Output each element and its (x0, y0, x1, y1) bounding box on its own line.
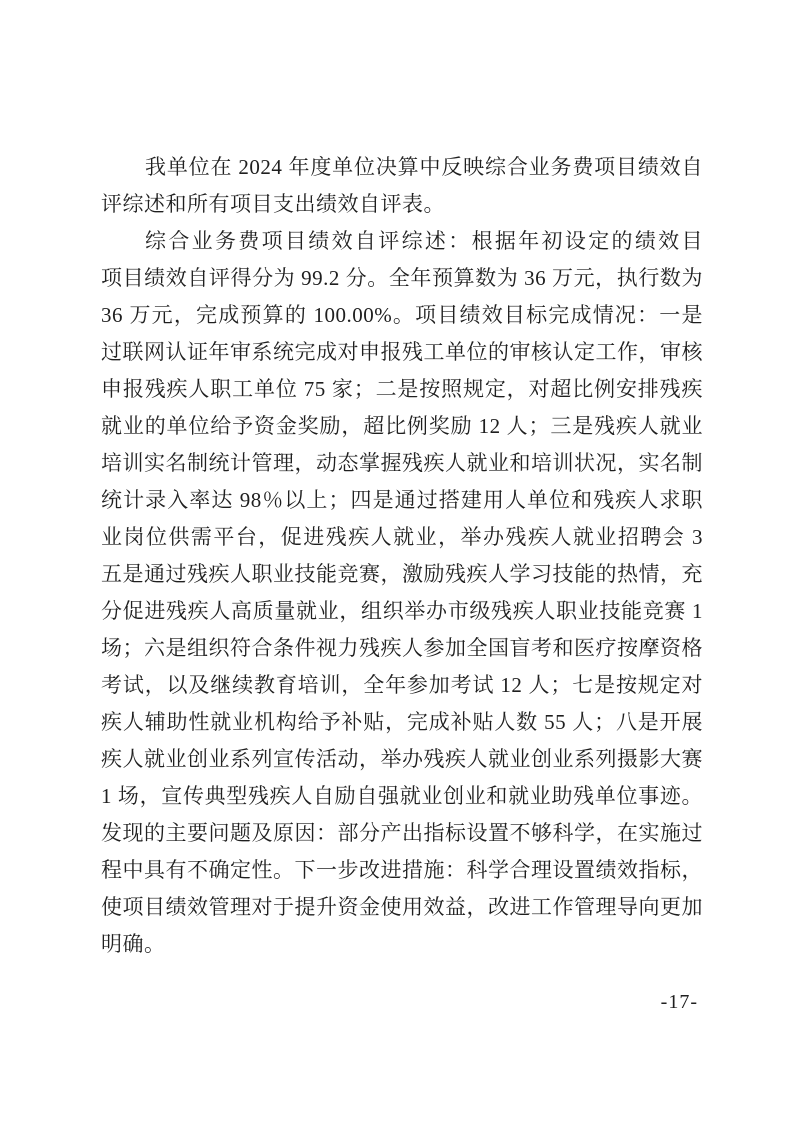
text-line: 统计录入率达 98％以上；四是通过搭建用人单位和残疾人求职就 (101, 482, 703, 519)
text-line: 业岗位供需平台，促进残疾人就业，举办残疾人就业招聘会 3 场； (101, 519, 703, 556)
document-page: 我单位在 2024 年度单位决算中反映综合业务费项目绩效自 评综述和所有项目支出… (0, 0, 793, 1122)
paragraph-1: 我单位在 2024 年度单位决算中反映综合业务费项目绩效自 评综述和所有项目支出… (101, 149, 703, 223)
text-line: 1 场，宣传典型残疾人自励自强就业创业和就业助残单位事迹。 (101, 778, 703, 815)
text-line: 使项目绩效管理对于提升资金使用效益，改进工作管理导向更加 (101, 889, 703, 926)
text-line: 程中具有不确定性。下一步改进措施：科学合理设置绩效指标， (101, 852, 703, 889)
document-body: 我单位在 2024 年度单位决算中反映综合业务费项目绩效自 评综述和所有项目支出… (101, 149, 703, 963)
text-line: 疾人辅助性就业机构给予补贴，完成补贴人数 55 人；八是开展残 (101, 704, 703, 741)
text-line: 培训实名制统计管理，动态掌握残疾人就业和培训状况，实名制 (101, 445, 703, 482)
text-line: 综合业务费项目绩效自评综述：根据年初设定的绩效目标， (101, 223, 703, 260)
text-line: 发现的主要问题及原因：部分产出指标设置不够科学，在实施过 (101, 815, 703, 852)
text-line: 36 万元，完成预算的 100.00%。项目绩效目标完成情况：一是通 (101, 297, 703, 334)
text-line: 过联网认证年审系统完成对申报残工单位的审核认定工作，审核 (101, 334, 703, 371)
page-number: -17- (661, 988, 698, 1016)
paragraph-2: 综合业务费项目绩效自评综述：根据年初设定的绩效目标， 项目绩效自评得分为 99.… (101, 223, 703, 963)
text-line: 场；六是组织符合条件视力残疾人参加全国盲考和医疗按摩资格 (101, 630, 703, 667)
text-line: 疾人就业创业系列宣传活动，举办残疾人就业创业系列摄影大赛 (101, 741, 703, 778)
text-line: 申报残疾人职工单位 75 家；二是按照规定，对超比例安排残疾人 (101, 371, 703, 408)
text-line: 我单位在 2024 年度单位决算中反映综合业务费项目绩效自 (101, 149, 703, 186)
text-line: 就业的单位给予资金奖励，超比例奖励 12 人；三是残疾人就业和 (101, 408, 703, 445)
text-line: 评综述和所有项目支出绩效自评表。 (101, 186, 703, 223)
text-line: 考试，以及继续教育培训，全年参加考试 12 人；七是按规定对残 (101, 667, 703, 704)
text-line: 五是通过残疾人职业技能竞赛，激励残疾人学习技能的热情，充 (101, 556, 703, 593)
text-line: 分促进残疾人高质量就业，组织举办市级残疾人职业技能竞赛 1 (101, 593, 703, 630)
text-line: 项目绩效自评得分为 99.2 分。全年预算数为 36 万元，执行数为 (101, 260, 703, 297)
text-line: 明确。 (101, 926, 703, 963)
